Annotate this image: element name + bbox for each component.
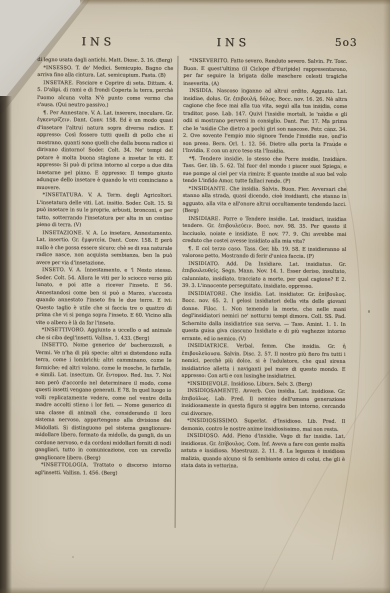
entry-headword: INSIDIA.	[189, 88, 217, 94]
dictionary-entry: ¶. Per Annestare. V. A. Lat. inserere, i…	[37, 110, 174, 193]
dictionary-entry: *INSIDIOSISSIMO. Superlat. d'Insidioso. …	[181, 418, 345, 434]
entry-headword: INSIDIOSO.	[187, 433, 222, 439]
dictionary-entry: *INSEVERITO. Fatto severo, Renduto sever…	[183, 58, 347, 89]
entry-headword: INSETARE.	[43, 80, 76, 86]
running-head-left: INS	[82, 35, 116, 48]
dictionary-entry: INSETAZIONE. V. A. Lo insetare, Annestam…	[36, 230, 172, 268]
entry-headword: *INSETTOLOGIA.	[41, 462, 93, 468]
entry-headword: *INSIDIOSISSIMO.	[187, 418, 244, 424]
dictionary-entry: INSIDIATO. Add. Da Insidiare. Lat. insid…	[182, 260, 346, 291]
entry-headword: *¶. Tendere insidie,	[189, 155, 247, 161]
dictionary-entry: INSIDIATORE. Che insidia. Lat. insidiato…	[182, 290, 346, 344]
dictionary-entry: *¶. Tendere insidie, lo stesso che Porre…	[183, 155, 347, 186]
running-head-right: INS	[217, 36, 251, 49]
entry-headword: INSIDIOSAMENTE.	[187, 388, 243, 394]
dictionary-entry: *INSESSO. T. de' Medici. Semicupio, Bagn…	[37, 65, 173, 81]
entry-headword: ¶. Per Annestare.	[43, 110, 91, 116]
entry-headword: INSETTO.	[42, 342, 73, 348]
entry-headword: INSIDIATO.	[188, 260, 226, 266]
dictionary-entry: *INSETTOLOGIA. Trattato o discorso intor…	[35, 462, 171, 478]
running-head: INS INS 5o3	[1, 35, 390, 53]
entry-headword: INSETAZIONE.	[42, 230, 86, 236]
dictionary-entry: INSIDIARE. Porre o Tendere insidie. Lat.…	[182, 215, 346, 246]
dictionary-entry: INSETTO. Nome generico de' bacherozzoli,…	[35, 342, 172, 463]
ink-fleck	[72, 556, 74, 558]
dictionary-entry: *INSIDIANTE. Che insidia. Salvin. Buon. …	[182, 185, 346, 216]
entry-headword: INSETO.	[42, 267, 69, 273]
column-divider-rule	[174, 56, 178, 528]
entry-headword: INSIDIATRICE.	[188, 343, 237, 349]
dictionary-entry: INSIDIOSAMENTE. Avverb. Con insidia. Lat…	[181, 388, 345, 419]
dictionary-entry: ¶. E col terzo caso. Tass. Ger. lib. 19.…	[182, 245, 346, 261]
dictionary-entry: INSIDIATRICE. Verbal. femm. Che insidia.…	[181, 343, 345, 382]
dictionary-entry: INSETO. V. A. Innestamento, e 'l Nesto s…	[36, 267, 172, 328]
entry-headword: *INSIDIEVOLE.	[187, 380, 231, 386]
dictionary-entry: INSIDIOSO. Add. Pieno d'insidie, Vago di…	[181, 433, 345, 472]
entry-headword: *INSIDIANTE.	[189, 185, 230, 191]
entry-headword: *INSETATURA.	[43, 192, 89, 198]
entry-headword: *INSEVERITO.	[189, 58, 230, 64]
left-column: di legno usata dagli antichi. Matt. Dios…	[35, 57, 174, 478]
scanned-book-photo: INS INS 5o3 di legno usata dagli antichi…	[0, 0, 390, 593]
entry-headword: *INSESSO.	[43, 65, 75, 71]
entry-headword: *INSETTIVORO.	[42, 327, 88, 333]
entry-headword: INSIDIARE.	[188, 215, 223, 221]
entry-headword: INSIDIATORE.	[188, 290, 231, 296]
page-number: 5o3	[324, 37, 358, 49]
dictionary-entry: *INSETTIVORO. Aggiunto a uccello o ad an…	[36, 327, 172, 343]
dictionary-entry: INSETARE. Fasciare e Coprire di seta. Di…	[37, 80, 173, 111]
dictionary-entry: *INSETATURA. V. A. Term. degli Agricolto…	[36, 192, 172, 230]
right-column: *INSEVERITO. Fatto severo, Renduto sever…	[181, 58, 348, 471]
ink-fleck	[368, 310, 370, 313]
entry-headword: ¶. E col terzo caso.	[188, 245, 244, 251]
dictionary-entry: INSIDIA. Nascoso inganno ad altrui ordit…	[183, 88, 347, 157]
printed-page-content: INS INS 5o3 di legno usata dagli antichi…	[0, 0, 390, 593]
